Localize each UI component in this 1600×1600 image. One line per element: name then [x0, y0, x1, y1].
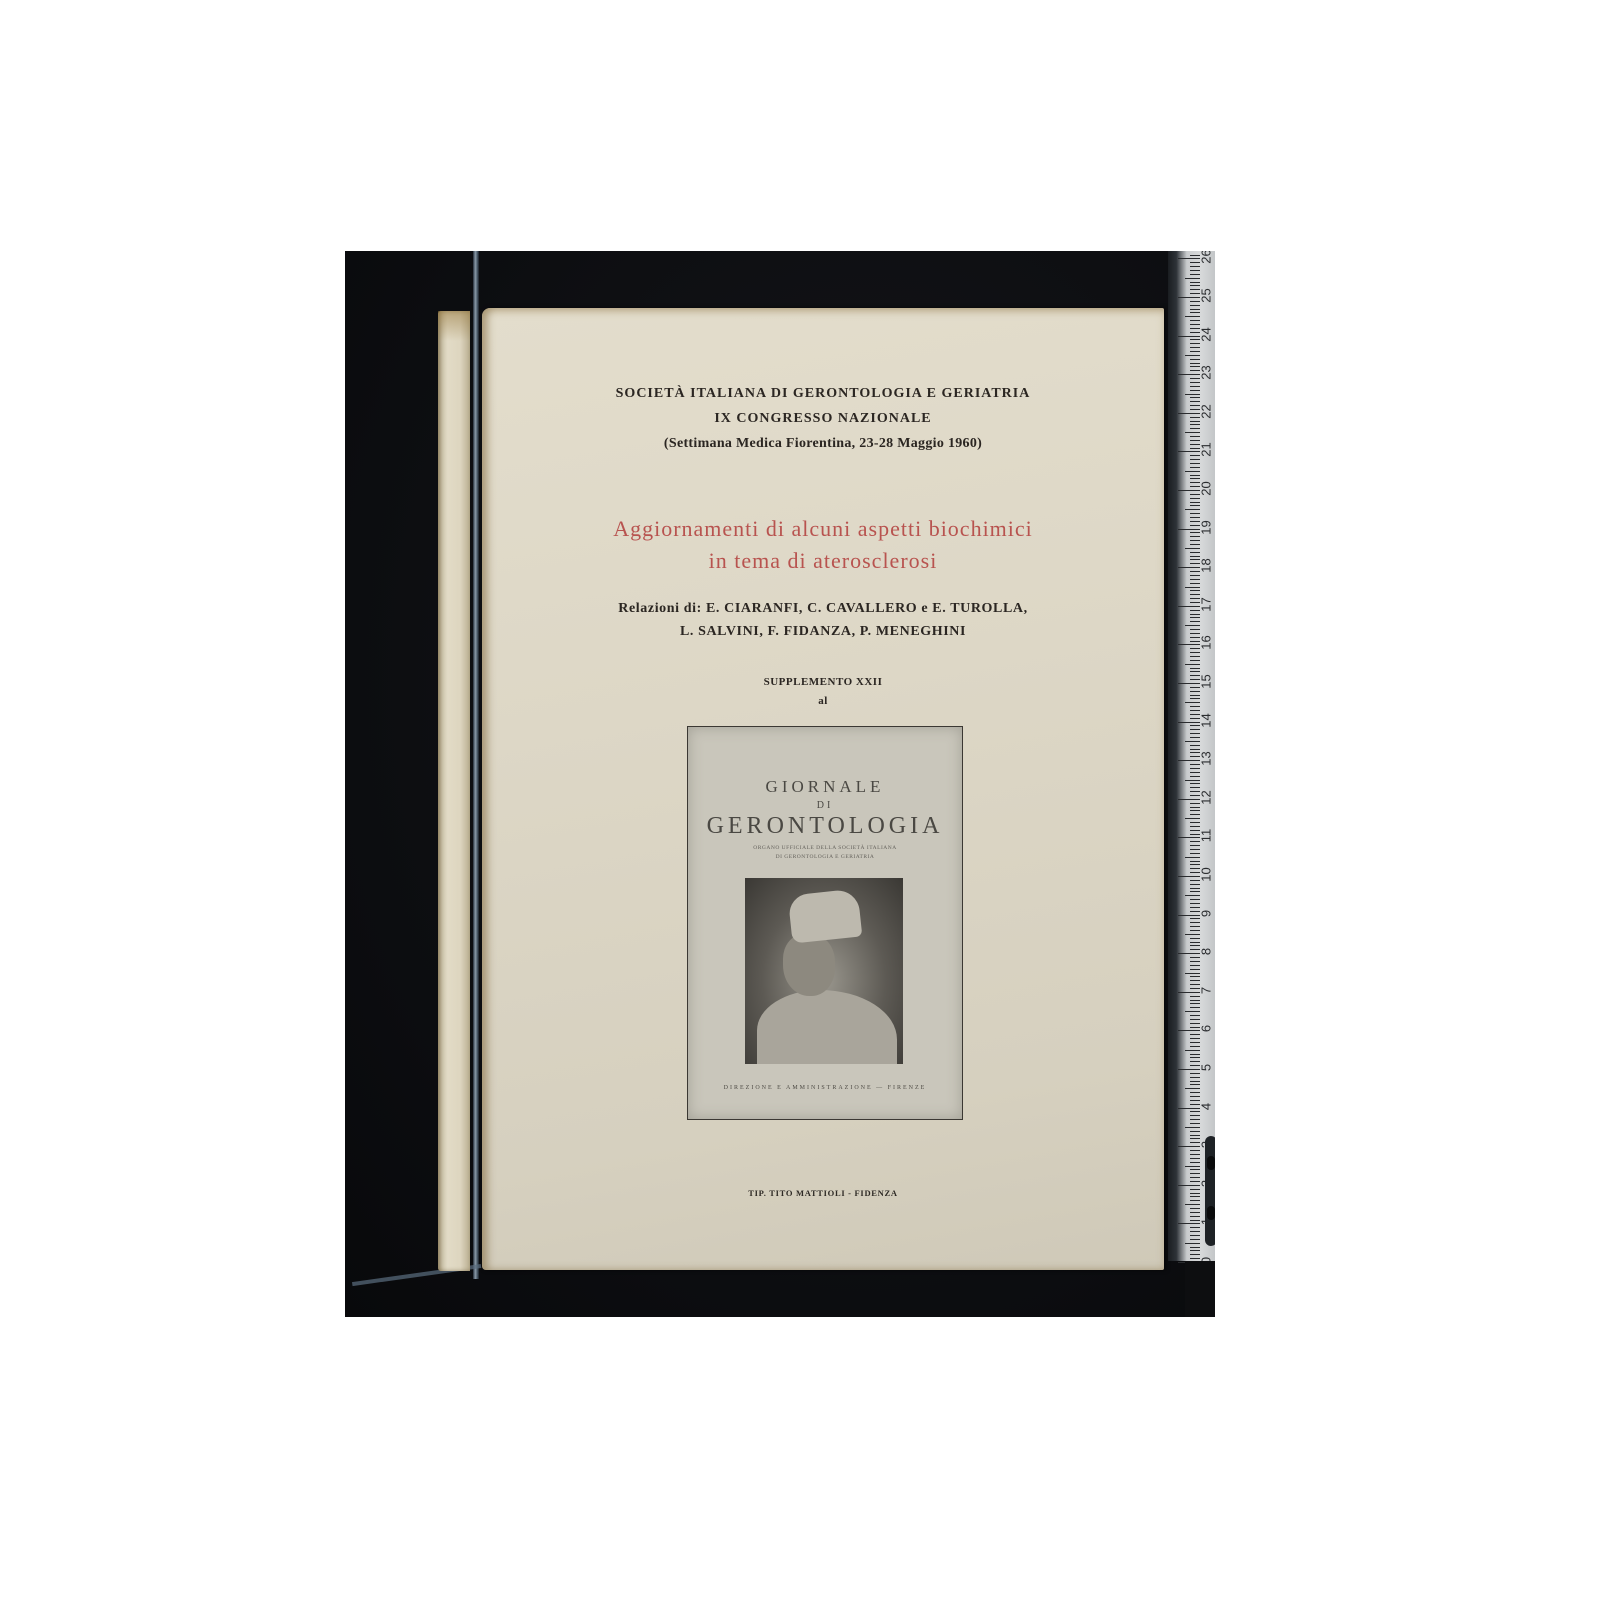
- ruler-tick: [1190, 969, 1200, 970]
- ruler-tick: [1190, 386, 1200, 387]
- ruler-number: 6: [1199, 1021, 1214, 1037]
- ruler-tick: [1185, 1166, 1200, 1167]
- ruler-tick: [1190, 965, 1200, 966]
- ruler-tick: [1190, 1057, 1200, 1058]
- ruler-tick: [1178, 1108, 1200, 1109]
- ruler-tick: [1190, 324, 1200, 325]
- ruler-tick: [1178, 1030, 1200, 1031]
- ruler-tick: [1185, 973, 1200, 974]
- ruler-tick: [1190, 926, 1200, 927]
- clip-hole-icon: [1207, 1206, 1215, 1220]
- ruler-tick: [1190, 266, 1200, 267]
- ruler-tick: [1190, 1247, 1200, 1248]
- ruler-tick: [1190, 737, 1200, 738]
- authors-line-1: Relazioni di: E. CIARANFI, C. CAVALLERO …: [482, 601, 1164, 617]
- society-name: SOCIETÀ ITALIANA DI GERONTOLOGIA E GERIA…: [482, 386, 1164, 402]
- ruler-tick: [1178, 760, 1200, 761]
- ruler-ticks: [1178, 251, 1200, 1261]
- photo-frame: SOCIETÀ ITALIANA DI GERONTOLOGIA E GERIA…: [345, 251, 1215, 1317]
- ruler-tick: [1190, 745, 1200, 746]
- ruler-tick: [1190, 1000, 1200, 1001]
- ruler-tick: [1178, 992, 1200, 993]
- ruler-tick: [1190, 1003, 1200, 1004]
- back-book-spine: [438, 311, 470, 1271]
- supplement-al: al: [482, 695, 1164, 707]
- ruler-tick: [1190, 552, 1200, 553]
- clip-hole-icon: [1207, 1156, 1215, 1170]
- ruler-tick: [1190, 359, 1200, 360]
- ruler-tick: [1185, 857, 1200, 858]
- ruler-number: 17: [1199, 596, 1214, 612]
- ruler-tick: [1190, 428, 1200, 429]
- ruler-tick: [1190, 467, 1200, 468]
- ruler-tick: [1178, 1223, 1200, 1224]
- ruler-tick: [1190, 772, 1200, 773]
- ruler-number: 11: [1199, 828, 1214, 844]
- ruler-tick: [1190, 899, 1200, 900]
- congress-name: IX CONGRESSO NAZIONALE: [482, 411, 1164, 427]
- ruler-tick: [1185, 471, 1200, 472]
- ruler-number: 21: [1199, 442, 1214, 458]
- ruler-tick: [1190, 1096, 1200, 1097]
- ruler-tick: [1190, 390, 1200, 391]
- ruler-tick: [1190, 1038, 1200, 1039]
- ruler-number: 18: [1199, 558, 1214, 574]
- ruler-tick: [1190, 1173, 1200, 1174]
- ruler-tick: [1190, 421, 1200, 422]
- ruler-number: 23: [1199, 365, 1214, 381]
- ruler-tick: [1190, 922, 1200, 923]
- ruler-tick: [1190, 1135, 1200, 1136]
- ruler-tick: [1190, 1200, 1200, 1201]
- portrait-hat: [788, 888, 863, 943]
- ruler-tick: [1190, 1092, 1200, 1093]
- ruler-tick: [1190, 1015, 1200, 1016]
- title-line-1: Aggiornamenti di alcuni aspetti biochimi…: [482, 516, 1164, 542]
- ruler-tick: [1190, 783, 1200, 784]
- ruler-tick: [1190, 814, 1200, 815]
- ruler-tick: [1178, 336, 1200, 337]
- ruler-tick: [1178, 876, 1200, 877]
- ruler-number: 4: [1199, 1098, 1214, 1114]
- ruler-tick: [1190, 540, 1200, 541]
- ruler-tick: [1190, 710, 1200, 711]
- ruler-tick: [1178, 722, 1200, 723]
- ruler-tick: [1190, 436, 1200, 437]
- ruler-number: 20: [1199, 481, 1214, 497]
- printer-imprint: TIP. TITO MATTIOLI - FIDENZA: [482, 1188, 1164, 1198]
- journal-subtitle-2: DI GERONTOLOGIA E GERIATRIA: [688, 854, 962, 860]
- ruler-tick: [1190, 891, 1200, 892]
- ruler-tick: [1185, 509, 1200, 510]
- ruler-tick: [1190, 629, 1200, 630]
- ruler-tick: [1190, 305, 1200, 306]
- ruler-tick: [1190, 320, 1200, 321]
- ruler-tick: [1178, 413, 1200, 414]
- ruler-tick: [1190, 1158, 1200, 1159]
- ruler-tick: [1190, 1231, 1200, 1232]
- ruler-tick: [1190, 938, 1200, 939]
- ruler-tick: [1190, 1123, 1200, 1124]
- ruler-tick: [1190, 671, 1200, 672]
- ruler-tick: [1190, 698, 1200, 699]
- ruler-tick: [1190, 1169, 1200, 1170]
- ruler-tick: [1190, 980, 1200, 981]
- ruler-tick: [1190, 536, 1200, 537]
- ruler-tick: [1190, 1054, 1200, 1055]
- ruler-tick: [1190, 424, 1200, 425]
- measuring-ruler: 0123456789101112131415161718192021222324…: [1168, 251, 1215, 1261]
- ruler-tick: [1190, 614, 1200, 615]
- ruler-number: 8: [1199, 944, 1214, 960]
- journal-title-2: DI: [688, 800, 962, 811]
- ruler-tick: [1190, 478, 1200, 479]
- ruler-tick: [1185, 702, 1200, 703]
- ruler-tick: [1190, 1084, 1200, 1085]
- ruler-tick: [1190, 930, 1200, 931]
- ruler-tick: [1190, 544, 1200, 545]
- ruler-tick: [1190, 776, 1200, 777]
- ruler-tick: [1190, 864, 1200, 865]
- ruler-tick: [1190, 274, 1200, 275]
- ruler-tick: [1185, 1127, 1200, 1128]
- ruler-tick: [1190, 861, 1200, 862]
- ruler-tick: [1190, 729, 1200, 730]
- ruler-tick: [1185, 394, 1200, 395]
- ruler-tick: [1185, 1050, 1200, 1051]
- ruler-tick: [1190, 1131, 1200, 1132]
- ruler-tick: [1190, 1193, 1200, 1194]
- ruler-tick: [1190, 1007, 1200, 1008]
- ruler-tick: [1178, 567, 1200, 568]
- ruler-tick: [1178, 644, 1200, 645]
- ruler-tick: [1185, 780, 1200, 781]
- ruler-tick: [1185, 625, 1200, 626]
- ruler-number: 26: [1199, 251, 1214, 265]
- ruler-tick: [1190, 1119, 1200, 1120]
- ruler-tick: [1190, 459, 1200, 460]
- ruler-tick: [1185, 278, 1200, 279]
- ruler-tick: [1190, 1196, 1200, 1197]
- ruler-tick: [1190, 822, 1200, 823]
- ruler-tick: [1185, 432, 1200, 433]
- ruler-tick: [1190, 513, 1200, 514]
- ruler-tick: [1185, 1243, 1200, 1244]
- ruler-tick: [1190, 768, 1200, 769]
- ruler-tick: [1185, 355, 1200, 356]
- portrait-image: [745, 878, 903, 1064]
- journal-subtitle-1: ORGANO UFFICIALE DELLA SOCIETÀ ITALIANA: [688, 845, 962, 851]
- booklet-cover: SOCIETÀ ITALIANA DI GERONTOLOGIA E GERIA…: [482, 308, 1164, 1270]
- ruler-tick: [1185, 895, 1200, 896]
- ruler-tick: [1190, 517, 1200, 518]
- ruler-tick: [1185, 664, 1200, 665]
- ruler-tick: [1178, 258, 1200, 259]
- ruler-number: 5: [1199, 1060, 1214, 1076]
- ruler-tick: [1190, 1239, 1200, 1240]
- ruler-tick: [1190, 556, 1200, 557]
- ruler-tick: [1190, 401, 1200, 402]
- ruler-tick: [1190, 1081, 1200, 1082]
- ruler-tick: [1190, 691, 1200, 692]
- ruler-number: 22: [1199, 403, 1214, 419]
- ruler-tick: [1190, 884, 1200, 885]
- ruler-tick: [1190, 660, 1200, 661]
- ruler-tick: [1190, 579, 1200, 580]
- ruler-tick: [1190, 590, 1200, 591]
- ruler-number: 16: [1199, 635, 1214, 651]
- ruler-number: 10: [1199, 867, 1214, 883]
- ruler-number: 9: [1199, 905, 1214, 921]
- ruler-tick: [1185, 1011, 1200, 1012]
- ruler-tick: [1190, 733, 1200, 734]
- ruler-tick: [1190, 382, 1200, 383]
- ruler-tick: [1190, 656, 1200, 657]
- journal-footer: DIREZIONE E AMMINISTRAZIONE — FIRENZE: [688, 1085, 962, 1091]
- journal-title-3: GERONTOLOGIA: [688, 813, 962, 840]
- glass-edge: [473, 251, 479, 1279]
- ruler-tick: [1190, 942, 1200, 943]
- authors-line-2: L. SALVINI, F. FIDANZA, P. MENEGHINI: [482, 624, 1164, 640]
- portrait-face: [783, 934, 835, 996]
- ruler-tick: [1190, 1250, 1200, 1251]
- ruler-tick: [1190, 1208, 1200, 1209]
- ruler-tick: [1185, 548, 1200, 549]
- ruler-tick: [1190, 849, 1200, 850]
- ruler-number: 14: [1199, 712, 1214, 728]
- ruler-tick: [1178, 683, 1200, 684]
- ruler-number: 19: [1199, 519, 1214, 535]
- ruler-tick: [1178, 837, 1200, 838]
- ruler-tick: [1190, 463, 1200, 464]
- ruler-tick: [1190, 347, 1200, 348]
- title-line-2: in tema di aterosclerosi: [482, 548, 1164, 574]
- ruler-tick: [1178, 297, 1200, 298]
- ruler-tick: [1190, 502, 1200, 503]
- ruler-tick: [1190, 807, 1200, 808]
- ruler-clip: [1205, 1136, 1215, 1246]
- ruler-tick: [1190, 1162, 1200, 1163]
- ruler-tick: [1190, 976, 1200, 977]
- ruler-tick: [1185, 1204, 1200, 1205]
- ruler-tick: [1190, 961, 1200, 962]
- journal-cover-inset: GIORNALE DI GERONTOLOGIA ORGANO UFFICIAL…: [687, 726, 963, 1120]
- ruler-tick: [1178, 490, 1200, 491]
- ruler-number: 15: [1199, 674, 1214, 690]
- ruler-number: 12: [1199, 789, 1214, 805]
- ruler-tick: [1178, 606, 1200, 607]
- ruler-tick: [1190, 1046, 1200, 1047]
- ruler-tick: [1190, 594, 1200, 595]
- ruler-tick: [1178, 1185, 1200, 1186]
- ruler-tick: [1190, 903, 1200, 904]
- ruler-tick: [1190, 309, 1200, 310]
- ruler-tick: [1190, 787, 1200, 788]
- ruler-tick: [1185, 587, 1200, 588]
- ruler-tick: [1190, 475, 1200, 476]
- ruler-tick: [1190, 617, 1200, 618]
- ruler-shadow: [1185, 1261, 1215, 1317]
- ruler-tick: [1178, 953, 1200, 954]
- ruler-tick: [1190, 888, 1200, 889]
- ruler-tick: [1190, 312, 1200, 313]
- ruler-tick: [1178, 1146, 1200, 1147]
- ruler-tick: [1190, 583, 1200, 584]
- ruler-number: 25: [1199, 288, 1214, 304]
- ruler-tick: [1190, 343, 1200, 344]
- ruler-tick: [1190, 621, 1200, 622]
- ruler-tick: [1190, 1115, 1200, 1116]
- ruler-tick: [1178, 799, 1200, 800]
- ruler-tick: [1190, 575, 1200, 576]
- ruler-tick: [1190, 498, 1200, 499]
- ruler-tick: [1190, 706, 1200, 707]
- ruler-tick: [1190, 845, 1200, 846]
- ruler-tick: [1185, 1088, 1200, 1089]
- ruler-tick: [1190, 505, 1200, 506]
- portrait-robe: [757, 990, 897, 1064]
- ruler-tick: [1178, 374, 1200, 375]
- ruler-number: 24: [1199, 326, 1214, 342]
- ruler-tick: [1190, 668, 1200, 669]
- ruler-tick: [1185, 934, 1200, 935]
- journal-title-1: GIORNALE: [688, 777, 962, 797]
- ruler-tick: [1185, 316, 1200, 317]
- ruler-tick: [1178, 451, 1200, 452]
- ruler-tick: [1178, 915, 1200, 916]
- ruler-tick: [1178, 529, 1200, 530]
- ruler-tick: [1190, 749, 1200, 750]
- ruler-tick: [1190, 351, 1200, 352]
- ruler-tick: [1190, 1042, 1200, 1043]
- supplement-label: SUPPLEMENTO XXII: [482, 676, 1164, 688]
- ruler-tick: [1185, 741, 1200, 742]
- ruler-tick: [1190, 285, 1200, 286]
- ruler-tick: [1190, 270, 1200, 271]
- ruler-tick: [1190, 1235, 1200, 1236]
- ruler-tick: [1190, 397, 1200, 398]
- ruler-number: 7: [1199, 982, 1214, 998]
- ruler-tick: [1190, 695, 1200, 696]
- ruler-tick: [1190, 363, 1200, 364]
- ruler-tick: [1190, 810, 1200, 811]
- ruler-tick: [1185, 818, 1200, 819]
- ruler-number: 13: [1199, 751, 1214, 767]
- congress-dates: (Settimana Medica Fiorentina, 23-28 Magg…: [482, 436, 1164, 452]
- ruler-tick: [1178, 1069, 1200, 1070]
- ruler-tick: [1190, 652, 1200, 653]
- ruler-tick: [1190, 282, 1200, 283]
- ruler-tick: [1190, 1077, 1200, 1078]
- ruler-tick: [1190, 1154, 1200, 1155]
- ruler-tick: [1190, 853, 1200, 854]
